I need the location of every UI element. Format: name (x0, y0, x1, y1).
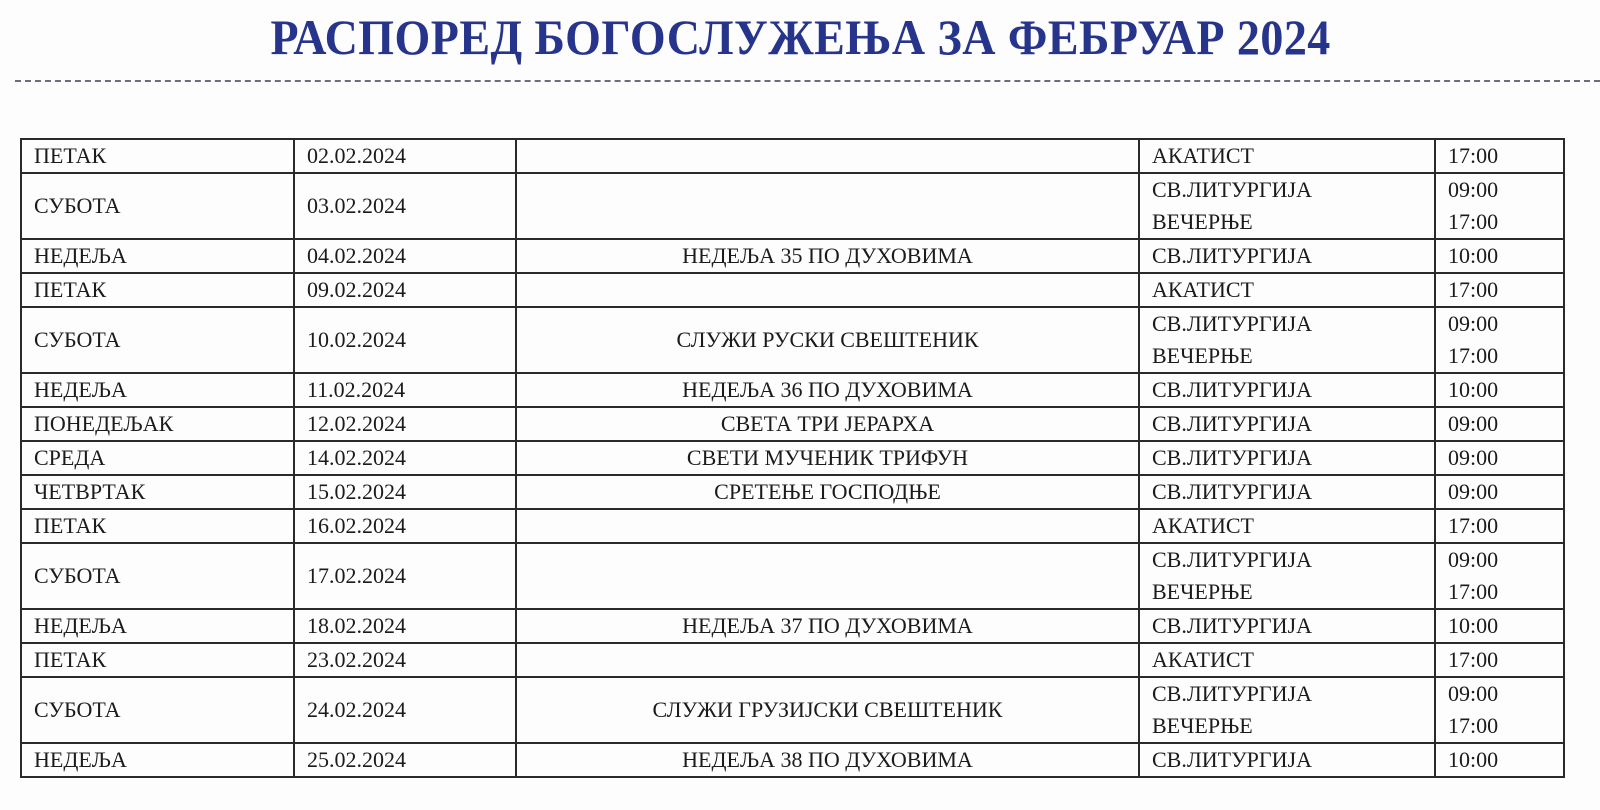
day-cell: СУБОТА (21, 307, 294, 373)
service-time: 10:00 (1448, 610, 1563, 642)
schedule-row: ПЕТАК23.02.2024АКАТИСТ17:00 (21, 643, 1564, 677)
schedule-row: СУБОТА24.02.2024СЛУЖИ ГРУЗИЈСКИ СВЕШТЕНИ… (21, 677, 1564, 743)
service-time: 17:00 (1448, 206, 1563, 238)
schedule-row: ЧЕТВРТАК15.02.2024СРЕТЕЊЕ ГОСПОДЊЕСВ.ЛИТ… (21, 475, 1564, 509)
service-time: 10:00 (1448, 744, 1563, 776)
note-cell (516, 139, 1139, 173)
service-cell: АКАТИСТ (1139, 509, 1435, 543)
schedule-row: СУБОТА03.02.2024СВ.ЛИТУРГИЈАВЕЧЕРЊЕ09:00… (21, 173, 1564, 239)
service-time: 10:00 (1448, 374, 1563, 406)
time-cell: 10:00 (1435, 373, 1564, 407)
note-cell: СРЕТЕЊЕ ГОСПОДЊЕ (516, 475, 1139, 509)
date-cell: 25.02.2024 (294, 743, 516, 777)
service-cell: СВ.ЛИТУРГИЈА (1139, 373, 1435, 407)
date-cell: 09.02.2024 (294, 273, 516, 307)
date-cell: 16.02.2024 (294, 509, 516, 543)
service-name: АКАТИСТ (1152, 274, 1434, 306)
day-cell: СУБОТА (21, 173, 294, 239)
time-cell: 17:00 (1435, 509, 1564, 543)
time-cell: 17:00 (1435, 643, 1564, 677)
day-cell: СУБОТА (21, 677, 294, 743)
note-cell: НЕДЕЉА 35 ПО ДУХОВИМА (516, 239, 1139, 273)
service-time: 09:00 (1448, 476, 1563, 508)
service-time: 17:00 (1448, 710, 1563, 742)
date-cell: 12.02.2024 (294, 407, 516, 441)
day-cell: НЕДЕЉА (21, 609, 294, 643)
day-cell: ПЕТАК (21, 509, 294, 543)
service-time: 09:00 (1448, 408, 1563, 440)
service-name: СВ.ЛИТУРГИЈА (1152, 544, 1434, 576)
date-cell: 18.02.2024 (294, 609, 516, 643)
time-cell: 09:00 (1435, 441, 1564, 475)
page-title: РАСПОРЕД БОГОСЛУЖЕЊА ЗА ФЕБРУАР 2024 (65, 8, 1537, 66)
time-cell: 17:00 (1435, 273, 1564, 307)
service-name: ВЕЧЕРЊЕ (1152, 206, 1434, 238)
schedule-row: ПОНЕДЕЉАК12.02.2024СВЕТА ТРИ ЈЕРАРХАСВ.Л… (21, 407, 1564, 441)
service-time: 17:00 (1448, 340, 1563, 372)
service-name: СВ.ЛИТУРГИЈА (1152, 240, 1434, 272)
note-cell (516, 173, 1139, 239)
day-cell: НЕДЕЉА (21, 239, 294, 273)
note-cell: СЛУЖИ РУСКИ СВЕШТЕНИК (516, 307, 1139, 373)
service-cell: СВ.ЛИТУРГИЈАВЕЧЕРЊЕ (1139, 307, 1435, 373)
schedule-row: СУБОТА10.02.2024СЛУЖИ РУСКИ СВЕШТЕНИКСВ.… (21, 307, 1564, 373)
schedule-table: ПЕТАК02.02.2024АКАТИСТ17:00СУБОТА03.02.2… (20, 138, 1565, 778)
service-cell: СВ.ЛИТУРГИЈА (1139, 407, 1435, 441)
day-cell: ПОНЕДЕЉАК (21, 407, 294, 441)
time-cell: 09:0017:00 (1435, 173, 1564, 239)
date-cell: 02.02.2024 (294, 139, 516, 173)
service-name: ВЕЧЕРЊЕ (1152, 576, 1434, 608)
time-cell: 09:00 (1435, 475, 1564, 509)
service-name: СВ.ЛИТУРГИЈА (1152, 744, 1434, 776)
date-cell: 23.02.2024 (294, 643, 516, 677)
service-cell: СВ.ЛИТУРГИЈАВЕЧЕРЊЕ (1139, 173, 1435, 239)
service-time: 17:00 (1448, 274, 1563, 306)
schedule-row: НЕДЕЉА04.02.2024НЕДЕЉА 35 ПО ДУХОВИМАСВ.… (21, 239, 1564, 273)
service-time: 17:00 (1448, 140, 1563, 172)
service-cell: АКАТИСТ (1139, 273, 1435, 307)
date-cell: 24.02.2024 (294, 677, 516, 743)
day-cell: НЕДЕЉА (21, 743, 294, 777)
schedule-row: НЕДЕЉА11.02.2024НЕДЕЉА 36 ПО ДУХОВИМАСВ.… (21, 373, 1564, 407)
service-time: 10:00 (1448, 240, 1563, 272)
service-time: 09:00 (1448, 544, 1563, 576)
date-cell: 17.02.2024 (294, 543, 516, 609)
date-cell: 10.02.2024 (294, 307, 516, 373)
service-name: СВ.ЛИТУРГИЈА (1152, 408, 1434, 440)
service-time: 09:00 (1448, 678, 1563, 710)
service-cell: СВ.ЛИТУРГИЈА (1139, 239, 1435, 273)
day-cell: НЕДЕЉА (21, 373, 294, 407)
service-name: СВ.ЛИТУРГИЈА (1152, 308, 1434, 340)
service-name: АКАТИСТ (1152, 510, 1434, 542)
schedule-row: НЕДЕЉА18.02.2024НЕДЕЉА 37 ПО ДУХОВИМАСВ.… (21, 609, 1564, 643)
date-cell: 03.02.2024 (294, 173, 516, 239)
title-divider (15, 80, 1600, 82)
service-name: АКАТИСТ (1152, 644, 1434, 676)
day-cell: ПЕТАК (21, 273, 294, 307)
service-cell: СВ.ЛИТУРГИЈА (1139, 743, 1435, 777)
note-cell (516, 509, 1139, 543)
service-name: ВЕЧЕРЊЕ (1152, 340, 1434, 372)
time-cell: 17:00 (1435, 139, 1564, 173)
service-time: 09:00 (1448, 308, 1563, 340)
service-name: СВ.ЛИТУРГИЈА (1152, 174, 1434, 206)
date-cell: 14.02.2024 (294, 441, 516, 475)
service-name: ВЕЧЕРЊЕ (1152, 710, 1434, 742)
schedule-row: ПЕТАК02.02.2024АКАТИСТ17:00 (21, 139, 1564, 173)
day-cell: СУБОТА (21, 543, 294, 609)
service-time: 09:00 (1448, 442, 1563, 474)
date-cell: 04.02.2024 (294, 239, 516, 273)
time-cell: 10:00 (1435, 743, 1564, 777)
note-cell (516, 273, 1139, 307)
note-cell (516, 643, 1139, 677)
service-name: СВ.ЛИТУРГИЈА (1152, 442, 1434, 474)
service-cell: АКАТИСТ (1139, 643, 1435, 677)
service-time: 17:00 (1448, 576, 1563, 608)
time-cell: 09:0017:00 (1435, 677, 1564, 743)
service-name: СВ.ЛИТУРГИЈА (1152, 610, 1434, 642)
day-cell: ПЕТАК (21, 139, 294, 173)
service-time: 09:00 (1448, 174, 1563, 206)
service-cell: СВ.ЛИТУРГИЈА (1139, 475, 1435, 509)
service-name: СВ.ЛИТУРГИЈА (1152, 678, 1434, 710)
note-cell: НЕДЕЉА 36 ПО ДУХОВИМА (516, 373, 1139, 407)
time-cell: 10:00 (1435, 609, 1564, 643)
service-time: 17:00 (1448, 510, 1563, 542)
time-cell: 09:0017:00 (1435, 307, 1564, 373)
service-cell: СВ.ЛИТУРГИЈАВЕЧЕРЊЕ (1139, 677, 1435, 743)
day-cell: ЧЕТВРТАК (21, 475, 294, 509)
service-cell: СВ.ЛИТУРГИЈА (1139, 609, 1435, 643)
note-cell: СВЕТИ МУЧЕНИК ТРИФУН (516, 441, 1139, 475)
time-cell: 10:00 (1435, 239, 1564, 273)
schedule-row: НЕДЕЉА25.02.2024НЕДЕЉА 38 ПО ДУХОВИМАСВ.… (21, 743, 1564, 777)
note-cell: НЕДЕЉА 38 ПО ДУХОВИМА (516, 743, 1139, 777)
time-cell: 09:00 (1435, 407, 1564, 441)
service-time: 17:00 (1448, 644, 1563, 676)
note-cell: НЕДЕЉА 37 ПО ДУХОВИМА (516, 609, 1139, 643)
day-cell: ПЕТАК (21, 643, 294, 677)
service-cell: СВ.ЛИТУРГИЈА (1139, 441, 1435, 475)
day-cell: СРЕДА (21, 441, 294, 475)
schedule-row: ПЕТАК09.02.2024АКАТИСТ17:00 (21, 273, 1564, 307)
service-cell: АКАТИСТ (1139, 139, 1435, 173)
schedule-row: ПЕТАК16.02.2024АКАТИСТ17:00 (21, 509, 1564, 543)
date-cell: 15.02.2024 (294, 475, 516, 509)
time-cell: 09:0017:00 (1435, 543, 1564, 609)
date-cell: 11.02.2024 (294, 373, 516, 407)
service-name: СВ.ЛИТУРГИЈА (1152, 476, 1434, 508)
note-cell (516, 543, 1139, 609)
schedule-row: СУБОТА17.02.2024СВ.ЛИТУРГИЈАВЕЧЕРЊЕ09:00… (21, 543, 1564, 609)
schedule-row: СРЕДА14.02.2024СВЕТИ МУЧЕНИК ТРИФУНСВ.ЛИ… (21, 441, 1564, 475)
schedule-body: ПЕТАК02.02.2024АКАТИСТ17:00СУБОТА03.02.2… (21, 139, 1564, 777)
service-cell: СВ.ЛИТУРГИЈАВЕЧЕРЊЕ (1139, 543, 1435, 609)
note-cell: СЛУЖИ ГРУЗИЈСКИ СВЕШТЕНИК (516, 677, 1139, 743)
service-name: АКАТИСТ (1152, 140, 1434, 172)
note-cell: СВЕТА ТРИ ЈЕРАРХА (516, 407, 1139, 441)
service-name: СВ.ЛИТУРГИЈА (1152, 374, 1434, 406)
